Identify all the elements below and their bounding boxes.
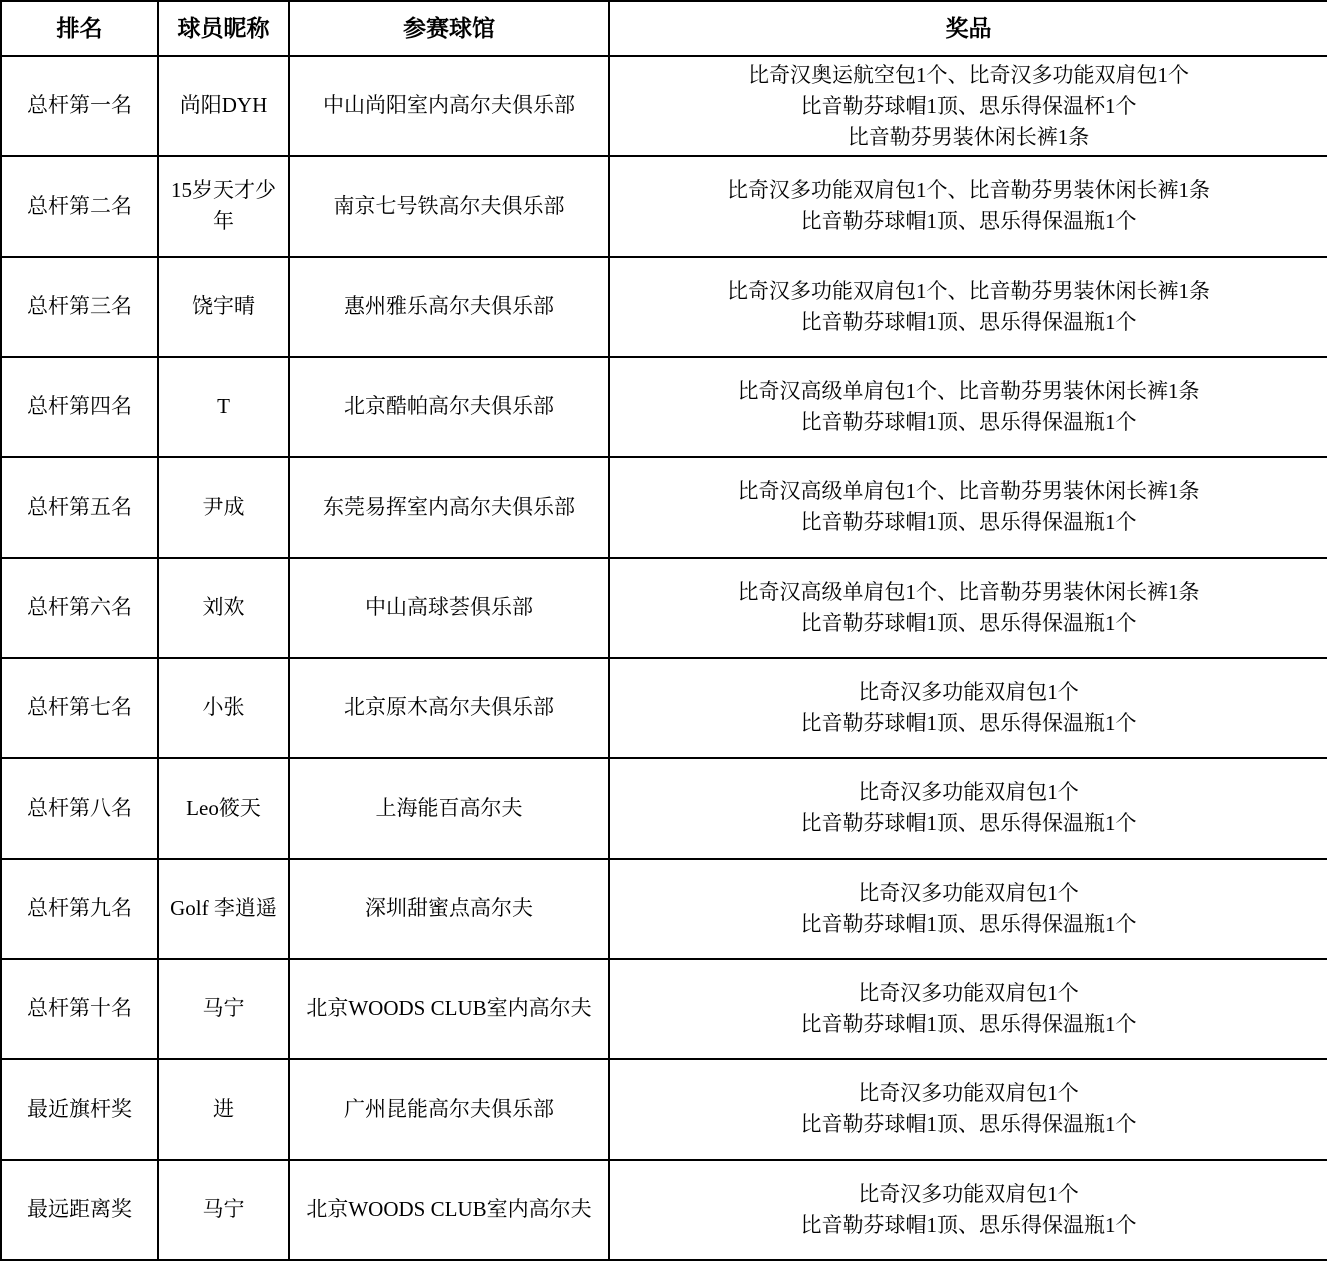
prize-cell: 比奇汉高级单肩包1个、比音勒芬男装休闲长裤1条 比音勒芬球帽1顶、思乐得保温瓶1…: [609, 457, 1327, 557]
nickname-cell: 尚阳DYH: [158, 56, 289, 156]
rank-cell: 总杆第七名: [1, 658, 158, 758]
prize-cell: 比奇汉奥运航空包1个、比奇汉多功能双肩包1个 比音勒芬球帽1顶、思乐得保温杯1个…: [609, 56, 1327, 156]
table-row: 总杆第三名 饶宇晴 惠州雅乐高尔夫俱乐部 比奇汉多功能双肩包1个、比音勒芬男装休…: [1, 257, 1327, 357]
rank-cell: 总杆第八名: [1, 758, 158, 858]
club-cell: 广州昆能高尔夫俱乐部: [289, 1059, 609, 1159]
club-cell: 中山高球荟俱乐部: [289, 558, 609, 658]
nickname-cell: 饶宇晴: [158, 257, 289, 357]
rank-cell: 总杆第六名: [1, 558, 158, 658]
nickname-cell: 15岁天才少年: [158, 156, 289, 256]
table-row: 总杆第四名 T 北京酷帕高尔夫俱乐部 比奇汉高级单肩包1个、比音勒芬男装休闲长裤…: [1, 357, 1327, 457]
table-row: 总杆第二名 15岁天才少年 南京七号铁高尔夫俱乐部 比奇汉多功能双肩包1个、比音…: [1, 156, 1327, 256]
prize-cell: 比奇汉多功能双肩包1个 比音勒芬球帽1顶、思乐得保温瓶1个: [609, 1059, 1327, 1159]
rank-cell: 总杆第一名: [1, 56, 158, 156]
table-row: 总杆第六名 刘欢 中山高球荟俱乐部 比奇汉高级单肩包1个、比音勒芬男装休闲长裤1…: [1, 558, 1327, 658]
rank-cell: 总杆第三名: [1, 257, 158, 357]
club-cell: 北京WOODS CLUB室内高尔夫: [289, 959, 609, 1059]
prize-table: 排名 球员昵称 参赛球馆 奖品 总杆第一名 尚阳DYH 中山尚阳室内高尔夫俱乐部…: [0, 0, 1327, 1261]
club-cell: 北京原木高尔夫俱乐部: [289, 658, 609, 758]
prize-line: 比奇汉高级单肩包1个、比音勒芬男装休闲长裤1条: [614, 376, 1323, 407]
club-cell: 北京酷帕高尔夫俱乐部: [289, 357, 609, 457]
table-row: 总杆第九名 Golf 李逍遥 深圳甜蜜点高尔夫 比奇汉多功能双肩包1个 比音勒芬…: [1, 859, 1327, 959]
rank-cell: 最近旗杆奖: [1, 1059, 158, 1159]
prize-line: 比音勒芬球帽1顶、思乐得保温瓶1个: [614, 909, 1323, 940]
table-row: 最远距离奖 马宁 北京WOODS CLUB室内高尔夫 比奇汉多功能双肩包1个 比…: [1, 1160, 1327, 1260]
prize-line: 比音勒芬球帽1顶、思乐得保温瓶1个: [614, 307, 1323, 338]
nickname-cell: T: [158, 357, 289, 457]
prize-line: 比奇汉多功能双肩包1个、比音勒芬男装休闲长裤1条: [614, 276, 1323, 307]
table-row: 总杆第五名 尹成 东莞易挥室内高尔夫俱乐部 比奇汉高级单肩包1个、比音勒芬男装休…: [1, 457, 1327, 557]
prize-cell: 比奇汉高级单肩包1个、比音勒芬男装休闲长裤1条 比音勒芬球帽1顶、思乐得保温瓶1…: [609, 357, 1327, 457]
prize-cell: 比奇汉多功能双肩包1个、比音勒芬男装休闲长裤1条 比音勒芬球帽1顶、思乐得保温瓶…: [609, 257, 1327, 357]
rank-cell: 总杆第九名: [1, 859, 158, 959]
table-row: 总杆第七名 小张 北京原木高尔夫俱乐部 比奇汉多功能双肩包1个 比音勒芬球帽1顶…: [1, 658, 1327, 758]
prize-line: 比音勒芬球帽1顶、思乐得保温杯1个: [614, 91, 1323, 122]
header-nickname: 球员昵称: [158, 1, 289, 56]
prize-line: 比奇汉多功能双肩包1个: [614, 1179, 1323, 1210]
prize-line: 比音勒芬球帽1顶、思乐得保温瓶1个: [614, 808, 1323, 839]
prize-line: 比奇汉多功能双肩包1个: [614, 777, 1323, 808]
nickname-cell: 刘欢: [158, 558, 289, 658]
rank-cell: 总杆第十名: [1, 959, 158, 1059]
prize-line: 比音勒芬球帽1顶、思乐得保温瓶1个: [614, 507, 1323, 538]
prize-line: 比音勒芬球帽1顶、思乐得保温瓶1个: [614, 407, 1323, 438]
table-row: 总杆第十名 马宁 北京WOODS CLUB室内高尔夫 比奇汉多功能双肩包1个 比…: [1, 959, 1327, 1059]
club-cell: 中山尚阳室内高尔夫俱乐部: [289, 56, 609, 156]
prize-line: 比音勒芬球帽1顶、思乐得保温瓶1个: [614, 1210, 1323, 1241]
header-row: 排名 球员昵称 参赛球馆 奖品: [1, 1, 1327, 56]
prize-line: 比奇汉奥运航空包1个、比奇汉多功能双肩包1个: [614, 60, 1323, 91]
nickname-cell: Leo筱天: [158, 758, 289, 858]
nickname-cell: 小张: [158, 658, 289, 758]
club-cell: 北京WOODS CLUB室内高尔夫: [289, 1160, 609, 1260]
rank-cell: 总杆第五名: [1, 457, 158, 557]
nickname-cell: 马宁: [158, 959, 289, 1059]
prize-line: 比奇汉多功能双肩包1个、比音勒芬男装休闲长裤1条: [614, 175, 1323, 206]
prize-line: 比奇汉多功能双肩包1个: [614, 1078, 1323, 1109]
table-row: 总杆第八名 Leo筱天 上海能百高尔夫 比奇汉多功能双肩包1个 比音勒芬球帽1顶…: [1, 758, 1327, 858]
rank-cell: 最远距离奖: [1, 1160, 158, 1260]
club-cell: 南京七号铁高尔夫俱乐部: [289, 156, 609, 256]
prize-line: 比奇汉多功能双肩包1个: [614, 978, 1323, 1009]
prize-line: 比音勒芬球帽1顶、思乐得保温瓶1个: [614, 1109, 1323, 1140]
prize-cell: 比奇汉多功能双肩包1个、比音勒芬男装休闲长裤1条 比音勒芬球帽1顶、思乐得保温瓶…: [609, 156, 1327, 256]
prize-line: 比奇汉多功能双肩包1个: [614, 677, 1323, 708]
header-rank: 排名: [1, 1, 158, 56]
club-cell: 上海能百高尔夫: [289, 758, 609, 858]
table-row: 总杆第一名 尚阳DYH 中山尚阳室内高尔夫俱乐部 比奇汉奥运航空包1个、比奇汉多…: [1, 56, 1327, 156]
page: 排名 球员昵称 参赛球馆 奖品 总杆第一名 尚阳DYH 中山尚阳室内高尔夫俱乐部…: [0, 0, 1327, 1261]
prize-line: 比奇汉多功能双肩包1个: [614, 878, 1323, 909]
prize-cell: 比奇汉高级单肩包1个、比音勒芬男装休闲长裤1条 比音勒芬球帽1顶、思乐得保温瓶1…: [609, 558, 1327, 658]
rank-cell: 总杆第二名: [1, 156, 158, 256]
prize-cell: 比奇汉多功能双肩包1个 比音勒芬球帽1顶、思乐得保温瓶1个: [609, 658, 1327, 758]
prize-line: 比音勒芬球帽1顶、思乐得保温瓶1个: [614, 206, 1323, 237]
prize-line: 比奇汉高级单肩包1个、比音勒芬男装休闲长裤1条: [614, 577, 1323, 608]
nickname-cell: 马宁: [158, 1160, 289, 1260]
prize-cell: 比奇汉多功能双肩包1个 比音勒芬球帽1顶、思乐得保温瓶1个: [609, 1160, 1327, 1260]
prize-line: 比奇汉高级单肩包1个、比音勒芬男装休闲长裤1条: [614, 476, 1323, 507]
prize-cell: 比奇汉多功能双肩包1个 比音勒芬球帽1顶、思乐得保温瓶1个: [609, 859, 1327, 959]
header-club: 参赛球馆: [289, 1, 609, 56]
nickname-cell: Golf 李逍遥: [158, 859, 289, 959]
prize-line: 比音勒芬球帽1顶、思乐得保温瓶1个: [614, 1009, 1323, 1040]
prize-line: 比音勒芬球帽1顶、思乐得保温瓶1个: [614, 608, 1323, 639]
prize-cell: 比奇汉多功能双肩包1个 比音勒芬球帽1顶、思乐得保温瓶1个: [609, 758, 1327, 858]
club-cell: 深圳甜蜜点高尔夫: [289, 859, 609, 959]
nickname-cell: 尹成: [158, 457, 289, 557]
prize-cell: 比奇汉多功能双肩包1个 比音勒芬球帽1顶、思乐得保温瓶1个: [609, 959, 1327, 1059]
table-row: 最近旗杆奖 进 广州昆能高尔夫俱乐部 比奇汉多功能双肩包1个 比音勒芬球帽1顶、…: [1, 1059, 1327, 1159]
club-cell: 东莞易挥室内高尔夫俱乐部: [289, 457, 609, 557]
prize-line: 比音勒芬男装休闲长裤1条: [614, 122, 1323, 153]
header-prize: 奖品: [609, 1, 1327, 56]
club-cell: 惠州雅乐高尔夫俱乐部: [289, 257, 609, 357]
rank-cell: 总杆第四名: [1, 357, 158, 457]
prize-line: 比音勒芬球帽1顶、思乐得保温瓶1个: [614, 708, 1323, 739]
nickname-cell: 进: [158, 1059, 289, 1159]
